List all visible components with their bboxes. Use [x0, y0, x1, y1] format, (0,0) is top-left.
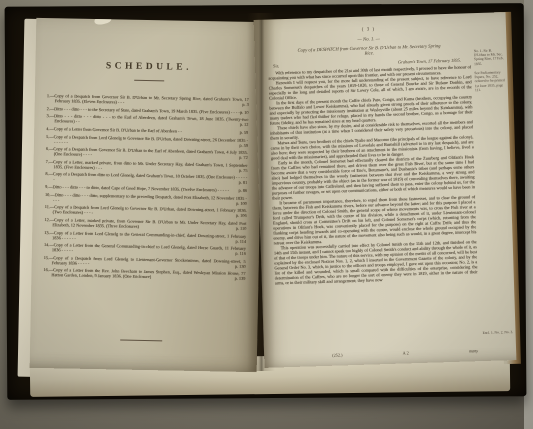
schedule-entry-text: 10.—Ditto - - - ditto - - - ditto, suppl… [45, 192, 247, 202]
body-paragraph: It became of paramount importance, there… [272, 194, 476, 245]
schedule-end-rule [120, 340, 162, 342]
schedule-entry: 16.—Copy of a Letter from the Rev. John … [43, 268, 245, 282]
schedule-entry-text: 15.—Copy of a Despatch from Lord Glenelg… [44, 255, 246, 266]
catchword: many [469, 348, 478, 353]
schedule-entry-text: 7.—Copy of a Letter, marked private, fro… [46, 159, 248, 170]
title-rule [134, 80, 164, 82]
body-paragraph: Early in the month, Colonel Somerset had… [271, 154, 475, 200]
schedule-entry-page-ref: p. 139 [235, 277, 246, 282]
schedule-entry-page-ref: p. 59 [240, 131, 249, 136]
despatch-heading: Copy of a DESPATCH from Governor Sir B. … [292, 43, 445, 59]
schedule-entry-page-ref: p. 110 [236, 227, 247, 232]
paper-number: (252.) [332, 352, 343, 357]
right-page: ( 3 ) — No. 1. — Copy of a DESPATCH from… [254, 12, 517, 368]
page-number: ( 3 ) [267, 24, 470, 35]
schedule-entry-page-ref: p. 3 [242, 103, 249, 108]
body-paragraph: This operation was successfully carried … [274, 239, 478, 285]
despatch-body: With reference to my despatches of the 2… [268, 64, 480, 351]
schedule-entry-text: 4.—Copy of a Letter from Governor Sir B.… [46, 126, 182, 134]
margin-note-enclosures: Encl. 1. No. 2. No. 3. [482, 330, 513, 335]
schedule-entry-text: 3.—Ditto - - - ditto - - - ditto - - - t… [46, 113, 248, 124]
schedule-entry-text: 5.—Copy of a Despatch from Lord Glenelg … [46, 134, 248, 144]
schedule-entry-page-ref: p. 100 [236, 201, 247, 206]
schedule-entry-page-ref: p. 12 [240, 123, 249, 128]
schedule-entry-page-ref: p. 106 [236, 214, 247, 219]
schedule-entry-page-ref: p. 59 [239, 143, 248, 148]
dateline: Graham's Town, 17 February 1835. [398, 58, 461, 65]
page-tear [94, 18, 112, 26]
schedule-title: SCHEDULE. [35, 60, 262, 74]
schedule-entry-text: 13.—Copy of a Letter from Lord Glenelg t… [44, 230, 246, 241]
schedule-entry-text: 11.—Copy of a Despatch from Lord Glenelg… [45, 204, 247, 215]
schedule-entry-page-ref: p. 114 [235, 239, 246, 244]
schedule-list: 1.—Copy of a Despatch from Governor Sir … [43, 94, 249, 285]
schedule-entry-page-ref: p. 116 [235, 252, 246, 257]
schedule-entry-page-ref: p. 86 [238, 189, 247, 194]
left-page: SCHEDULE. 1.—Copy of a Despatch from Gov… [30, 18, 264, 372]
schedule-entry-text: 14.—Copy of a Letter from the General Co… [44, 242, 246, 252]
book-photo: SCHEDULE. 1.—Copy of a Despatch from Gov… [0, 0, 533, 429]
margin-note-reference: See Parliamentary Papers, No. 252, order… [474, 70, 506, 92]
schedule-entry-page-ref: p. 81 [239, 181, 248, 186]
schedule-entry-text: 1.—Copy of a Despatch from Governor Sir … [47, 94, 249, 104]
schedule-entry-text: 16.—Copy of a Letter from the Rev. John … [43, 267, 245, 279]
salutation: Sir, [273, 63, 279, 68]
schedule-entry-text: 6.—Copy of a Despatch from Governor Sir … [46, 146, 248, 157]
schedule-entry-text: 12.—Copy of a Letter, marked private, fr… [44, 217, 246, 229]
schedule-entry-page-ref: p. 75 [239, 169, 248, 174]
signature-mark: A 2 [403, 350, 409, 355]
schedule-entry-page-ref: p. 72 [239, 156, 248, 161]
schedule-entry-page-ref: p. 10 [240, 110, 249, 115]
schedule-entry-page-ref: p. 130 [235, 264, 246, 269]
margin-note-despatch: No. 1. Sir B. D'Urban to Mr. Sec. Spring… [474, 48, 506, 66]
